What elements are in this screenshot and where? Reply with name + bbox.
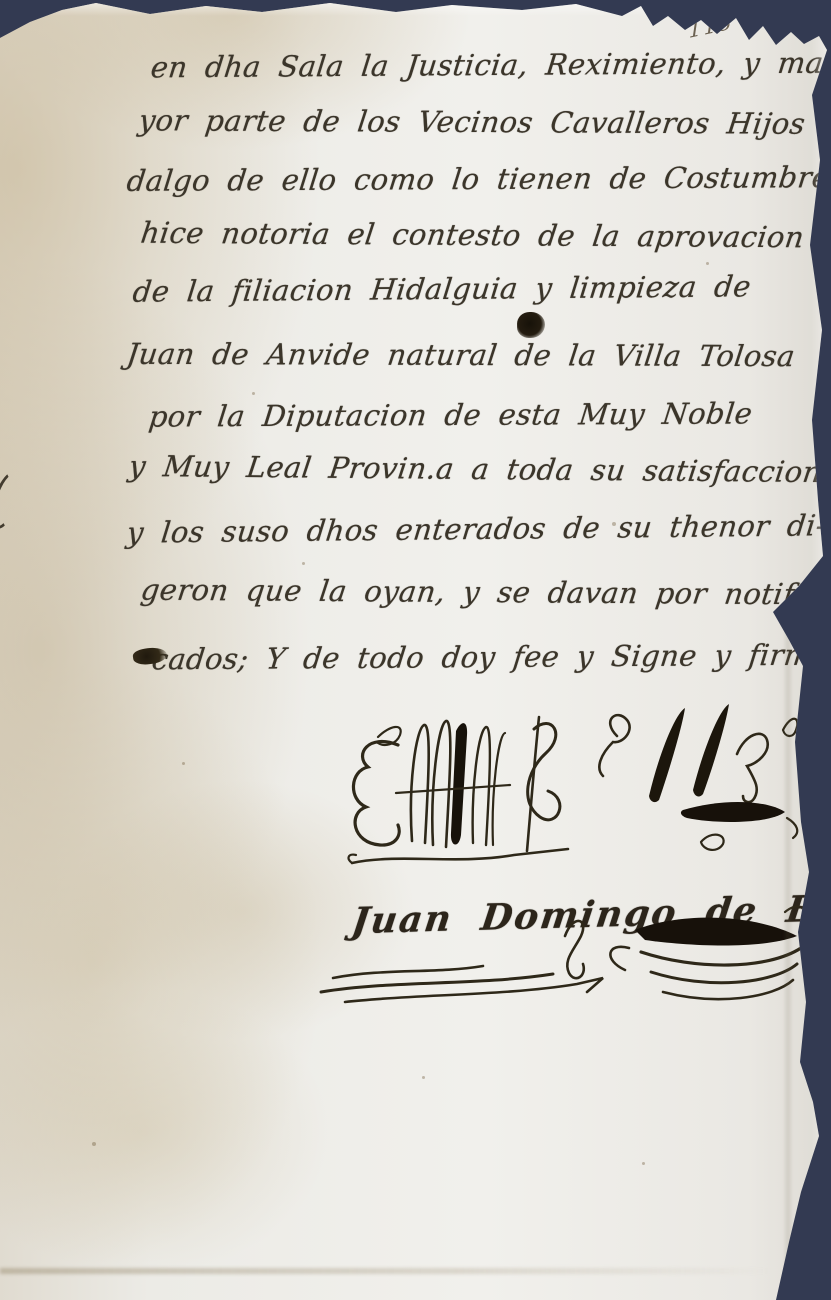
paper-sheet: 113 en dha Sala la Justicia, Reximiento,… [0, 0, 831, 1300]
fold-crease [0, 1268, 770, 1274]
left-edge-ink-mark [0, 468, 27, 532]
foxing-spot [92, 1142, 96, 1146]
folio-number: 113 [688, 9, 734, 43]
foxing-spot [302, 562, 305, 565]
manuscript-line: y Muy Leal Provin.a a toda su satisfacci… [127, 449, 824, 489]
signature-rubric-left [338, 695, 573, 875]
manuscript-line: y los suso dhos enterados de su thenor d… [125, 508, 828, 549]
signature-flourish [315, 878, 815, 1018]
foxing-spot [612, 522, 616, 526]
ink-blot [517, 312, 545, 338]
foxing-spot [182, 762, 185, 765]
manuscript-line: yor parte de los Vecinos Cavalleros Hijo… [137, 103, 808, 140]
manuscript-line: Juan de Anvide natural de la Villa Tolos… [125, 337, 797, 373]
manuscript-line: de la filiacion Hidalguia y limpieza de [131, 269, 753, 308]
foxing-spot [642, 1162, 645, 1165]
manuscript-scan: 113 en dha Sala la Justicia, Reximiento,… [0, 0, 831, 1300]
manuscript-line: en dha Sala la Justicia, Reximiento, y m… [149, 46, 831, 85]
right-edge-shadow [786, 600, 790, 1300]
manuscript-line: cados; Y de todo doy fee y Signe y firme [150, 638, 831, 677]
manuscript-line: por la Diputacion de esta Muy Noble [147, 396, 754, 433]
manuscript-line: dalgo de ello como lo tienen de Costumbr… [125, 160, 831, 198]
foxing-spot [422, 1076, 425, 1079]
foxing-spot [706, 262, 709, 265]
foxing-spot [252, 392, 255, 395]
manuscript-line: hice notoria el contesto de la aprovacio… [139, 216, 807, 255]
manuscript-line: geron que la oyan, y se davan por notifi… [139, 573, 817, 612]
signature-rubric-right [565, 692, 810, 867]
